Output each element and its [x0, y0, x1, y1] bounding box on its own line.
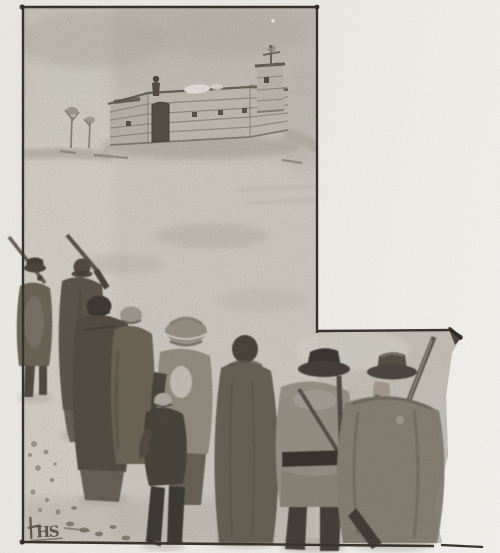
engraving-illustration: HS	[0, 0, 500, 553]
scanned-page: HS	[0, 0, 500, 553]
